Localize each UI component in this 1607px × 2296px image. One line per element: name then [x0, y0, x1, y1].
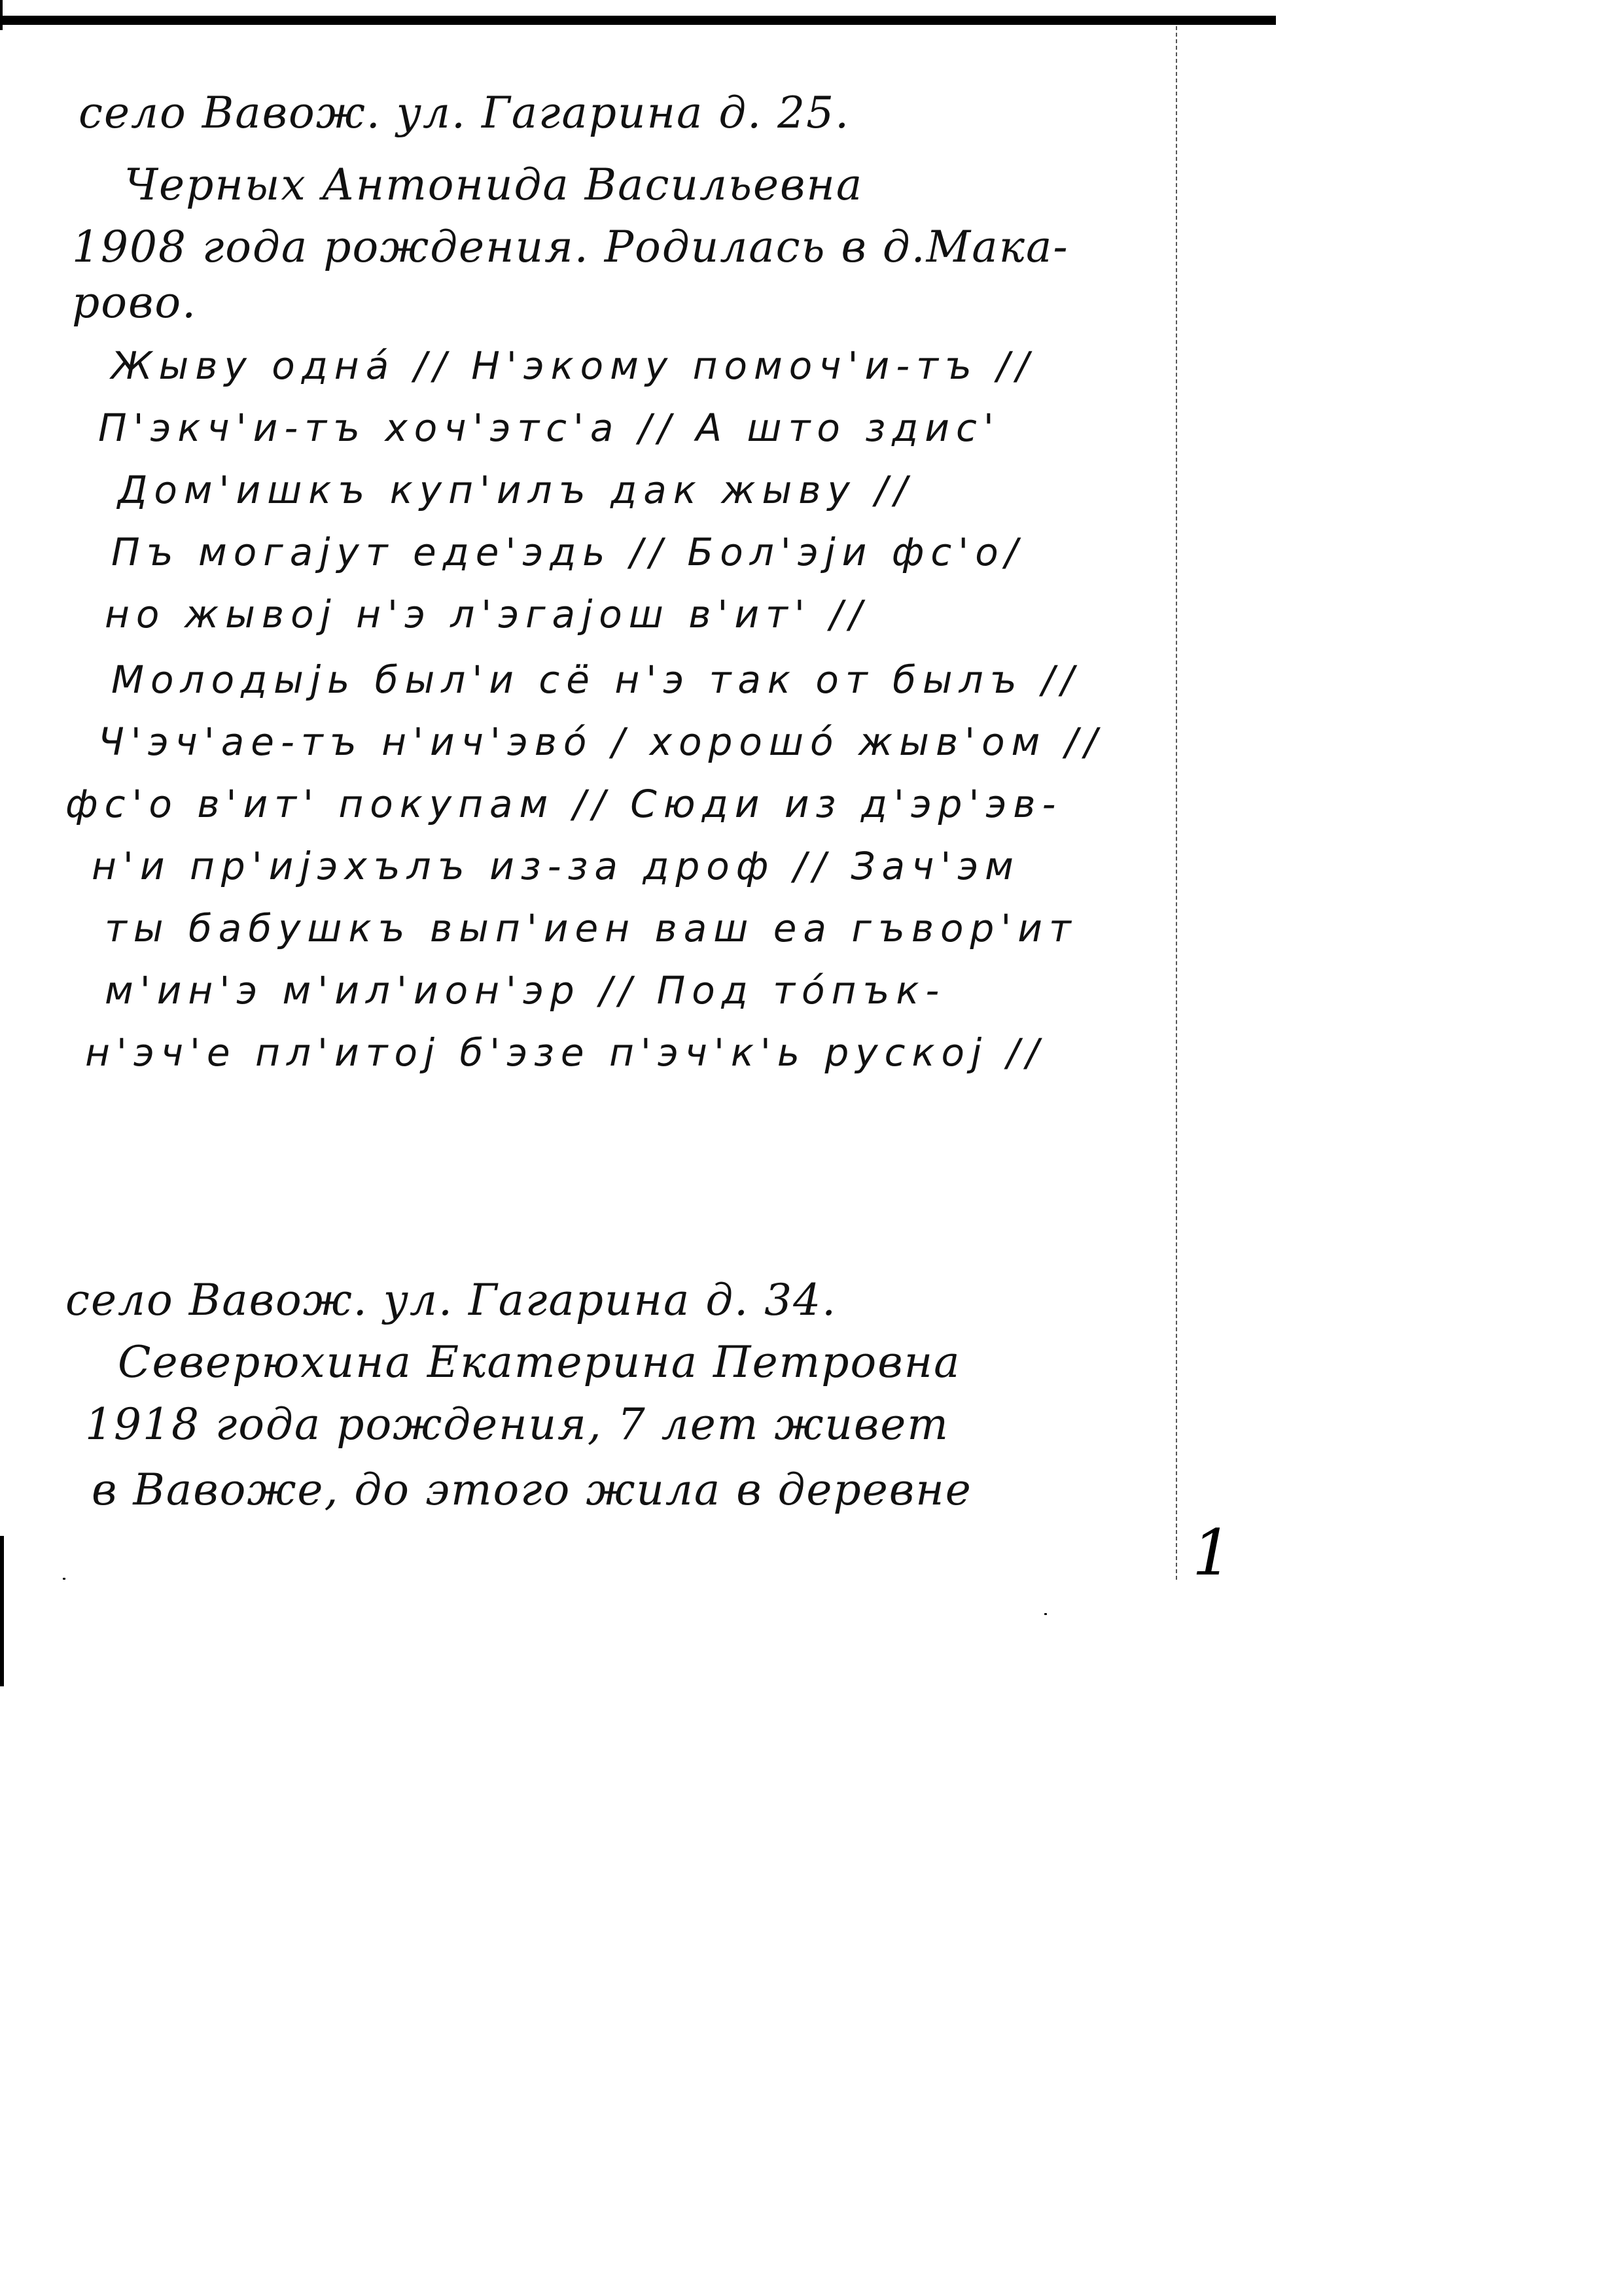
entry-address: село Вавож. ул. Гагарина д. 34.: [65, 1279, 837, 1322]
transcription-line: Жыву одна́ // Н'экому помоч'и-тъ //: [111, 347, 1035, 385]
scan-speck: [1044, 1613, 1047, 1615]
transcription-line: Ч'эч'ае-тъ н'ич'эво́ / хорошо́ жыв'ом //: [98, 723, 1104, 761]
transcription-line: Молодыjь был'и сё н'э так от былъ //: [111, 661, 1080, 699]
transcription-line: Пъ могаjут еде'эдь // Бол'эjи фс'о/: [111, 533, 1024, 571]
transcription-line: но жывоj н'э л'эгаjош в'ит' //: [105, 595, 868, 633]
entry-residence: в Вавоже, до этого жила в деревне: [92, 1469, 972, 1512]
transcription-line: ты бабушкъ вып'иен ваш ea гъвор'ит: [105, 909, 1078, 947]
scan-speck: [63, 1578, 65, 1580]
entry-address: село Вавож. ул. Гагарина д. 25.: [79, 92, 850, 135]
transcription-line: н'эч'е пл'итоj б'эзе п'эч'к'ь рускоj //: [85, 1034, 1046, 1071]
transcription-line: м'ин'э м'ил'ион'эр // Под то́пък-: [105, 971, 945, 1009]
transcription-line: Дом'ишкъ куп'илъ дак жыву //: [118, 471, 913, 509]
transcription-line: фс'о в'ит' покупам // Сюди из д'эр'эв-: [65, 785, 1062, 823]
transcription-line: П'экч'и-тъ хоч'этс'а // А што здис': [98, 409, 1000, 447]
entry-informant-name: Черных Антонида Васильевна: [124, 164, 863, 207]
entry-informant-name: Северюхина Екатерина Петровна: [118, 1341, 961, 1384]
scanned-page: село Вавож. ул. Гагарина д. 25. Черных А…: [0, 0, 1607, 2296]
scan-top-border: [0, 16, 1276, 25]
page-number: 1: [1192, 1516, 1232, 1590]
scan-corner-mark: [0, 0, 3, 30]
right-margin-dashed-line: [1176, 26, 1177, 1580]
entry-birth-info: 1908 года рождения. Родилась в д.Мака-: [72, 226, 1069, 269]
entry-birth-info-cont: рово.: [72, 281, 197, 324]
transcription-line: н'и пр'иjэхълъ из-за дроф // Зач'эм: [92, 847, 1020, 885]
entry-birth-info: 1918 года рождения, 7 лет живет: [85, 1403, 949, 1446]
left-binding-mark: [0, 1536, 4, 1686]
